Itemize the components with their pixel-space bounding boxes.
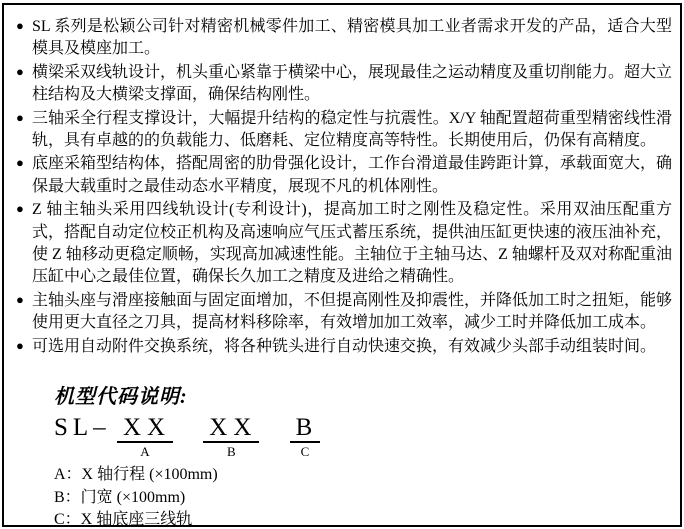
feature-text: Z 轴主轴头采用四线轨设计(专利设计)，提高加工时之刚性及稳定性。采用双油压配重…: [32, 201, 672, 285]
model-code-sub-label-c: C: [290, 444, 321, 459]
document-page: ●SL 系列是松颖公司针对精密机械零件加工、精密模具加工业者需求开发的产品，适合…: [2, 3, 682, 527]
bullet-dot-icon: ●: [16, 61, 32, 83]
model-code-group-c: B C: [290, 414, 321, 459]
model-code-group-b: XX B: [203, 414, 259, 459]
feature-bullet-item: ●Z 轴主轴头采用四线轨设计(专利设计)，提高加工时之刚性及稳定性。采用双油压配…: [16, 198, 672, 289]
feature-text: SL 系列是松颖公司针对精密机械零件加工、精密模具加工业者需求开发的产品，适合大…: [32, 18, 672, 57]
feature-text: 横梁采双线轨设计，机头重心紧靠于横梁中心，展现最佳之运动精度及重切削能力。超大立…: [32, 64, 672, 103]
bullet-dot-icon: ●: [16, 107, 32, 129]
model-code-legend-c: C：X 轴底座三线轨: [54, 509, 672, 527]
model-code-legend-a: A：X 轴行程 (×100mm): [54, 464, 672, 487]
model-code-sub-label-b: B: [203, 444, 259, 459]
bullet-dot-icon: ●: [16, 15, 32, 37]
feature-text: 可选用自动附件交换系统，将各种铣头进行自动快速交换，有效减少头部手动组装时间。: [32, 338, 656, 355]
model-code-legend: A：X 轴行程 (×100mm) B：门宽 (×100mm) C：X 轴底座三线…: [54, 464, 672, 527]
bullet-dot-icon: ●: [16, 152, 32, 174]
model-code-digits-b: XX: [203, 415, 259, 443]
bullet-dot-icon: ●: [16, 198, 32, 220]
feature-text: 底座采箱型结构体，搭配周密的肋骨强化设计，工作台滑道最佳跨距计算，承载面宽大，确…: [32, 155, 672, 194]
model-code-line: SL– XX A XX B B C: [54, 414, 672, 459]
model-code-digits-c: B: [290, 415, 321, 443]
feature-bullet-item: ●主轴头座与滑座接触面与固定面增加，不但提高刚性及抑震性，并降低加工时之扭矩，能…: [16, 289, 672, 335]
model-code-sub-label-a: A: [117, 444, 173, 459]
feature-text: 主轴头座与滑座接触面与固定面增加，不但提高刚性及抑震性，并降低加工时之扭矩，能够…: [32, 292, 672, 331]
model-code-section: 机型代码说明: SL– XX A XX B B C A：X 轴行程 (×100m…: [54, 384, 672, 527]
feature-list: ●SL 系列是松颖公司针对精密机械零件加工、精密模具加工业者需求开发的产品，适合…: [16, 15, 672, 358]
feature-text: 三轴采全行程支撑设计，大幅提升结构的稳定性与抗震性。X/Y 轴配置超荷重型精密线…: [32, 110, 672, 149]
bullet-dot-icon: ●: [16, 289, 32, 311]
model-code-prefix: SL–: [54, 414, 111, 442]
feature-bullet-item: ●底座采箱型结构体，搭配周密的肋骨强化设计，工作台滑道最佳跨距计算，承载面宽大，…: [16, 152, 672, 198]
model-code-digits-a: XX: [117, 415, 173, 443]
feature-bullet-item: ●横梁采双线轨设计，机头重心紧靠于横梁中心，展现最佳之运动精度及重切削能力。超大…: [16, 61, 672, 107]
model-code-group-a: XX A: [117, 414, 173, 459]
bullet-dot-icon: ●: [16, 335, 32, 357]
feature-bullet-item: ●可选用自动附件交换系统，将各种铣头进行自动快速交换，有效减少头部手动组装时间。: [16, 335, 672, 358]
feature-bullet-item: ●SL 系列是松颖公司针对精密机械零件加工、精密模具加工业者需求开发的产品，适合…: [16, 15, 672, 61]
model-code-title: 机型代码说明:: [54, 384, 672, 410]
feature-bullet-item: ●三轴采全行程支撑设计，大幅提升结构的稳定性与抗震性。X/Y 轴配置超荷重型精密…: [16, 107, 672, 153]
model-code-legend-b: B：门宽 (×100mm): [54, 487, 672, 510]
